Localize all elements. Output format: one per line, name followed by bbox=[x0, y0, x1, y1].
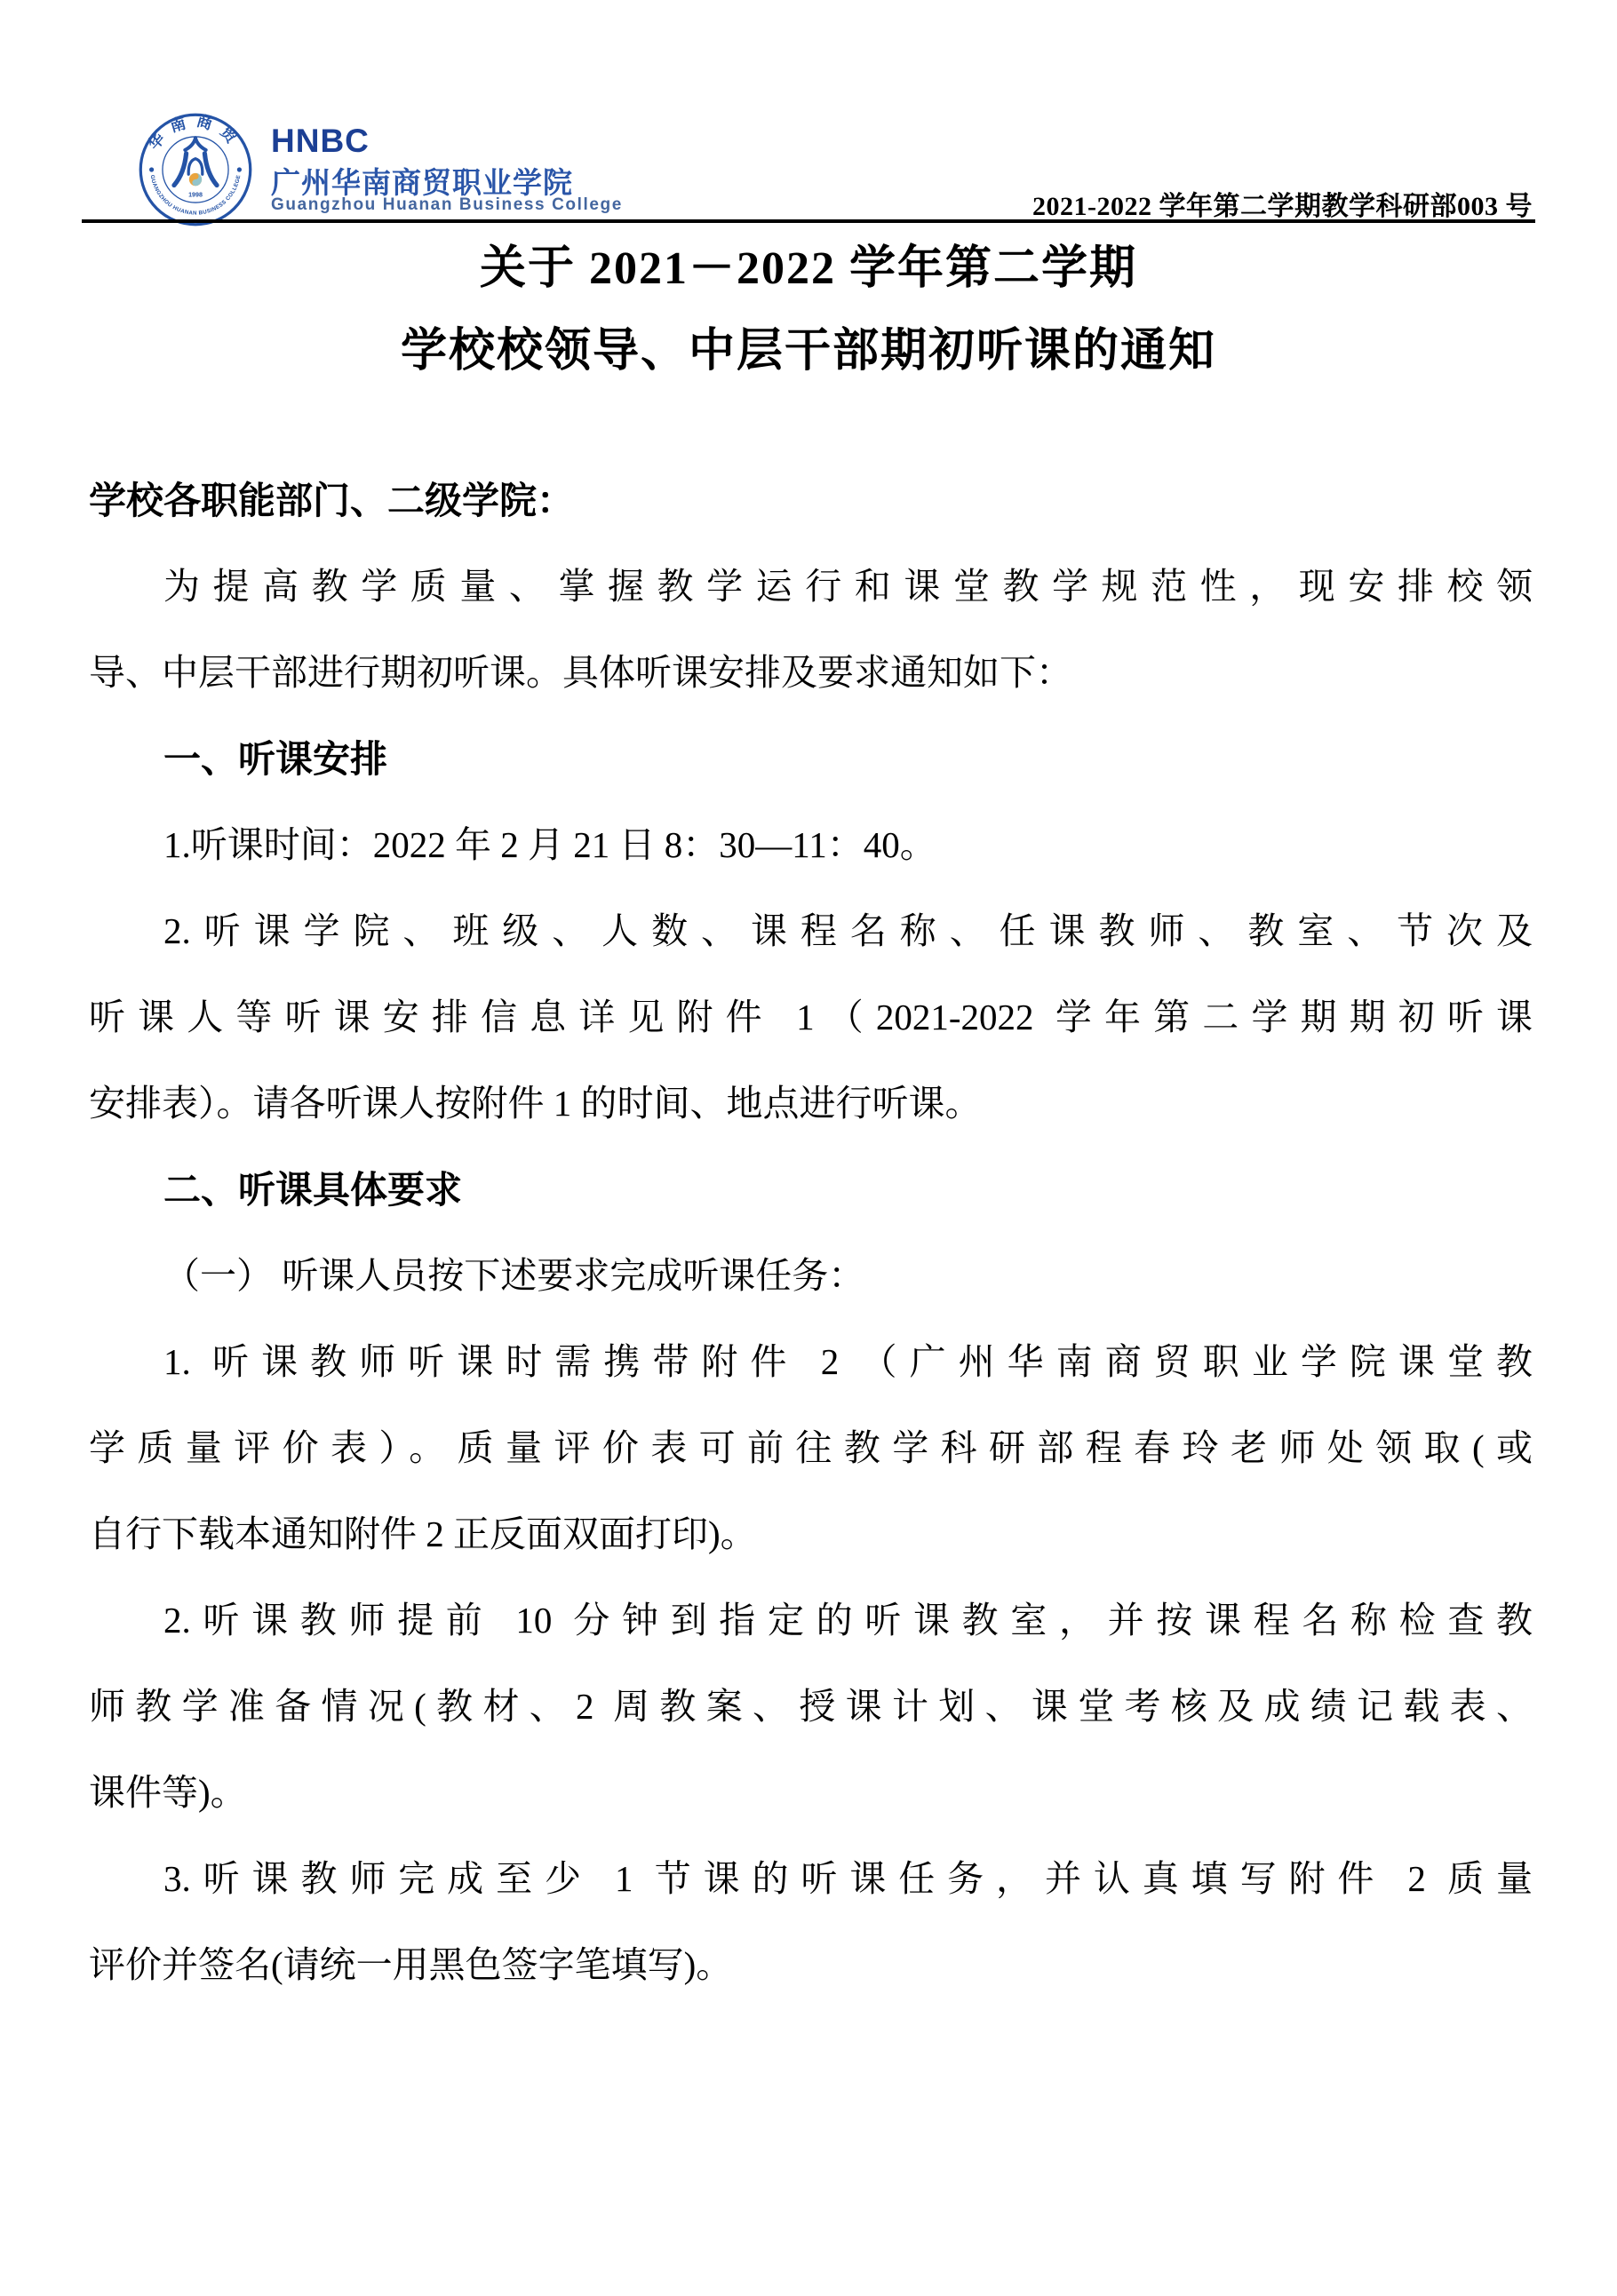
header-rule bbox=[82, 219, 1535, 223]
body-line: 安排表）。请各听课人按附件 1 的时间、地点进行听课。 bbox=[89, 1061, 1533, 1147]
doc-title-line2: 学校校领导、中层干部期初听课的通知 bbox=[0, 310, 1617, 393]
body-line: 评价并签名(请统一用黑色签字笔填写)。 bbox=[89, 1922, 1533, 2008]
school-logo: 华南商贸 GUANGZHOU HUANAN BUSINESS COLLEGE 1… bbox=[138, 112, 760, 229]
body-line: 2.听课学院、班级、人数、课程名称、任课教师、教室、节次及 bbox=[89, 888, 1533, 974]
body-heading-1: 一、听课安排 bbox=[89, 716, 1533, 802]
body-line: 自行下载本通知附件 2 正反面双面打印)。 bbox=[89, 1491, 1533, 1577]
body-line: 听课人等听课安排信息详见附件 1（2021-2022 学年第二学期期初听课 bbox=[89, 974, 1533, 1061]
logo-acronym: HNBC bbox=[271, 123, 370, 160]
document-page: 华南商贸 GUANGZHOU HUANAN BUSINESS COLLEGE 1… bbox=[0, 0, 1617, 2296]
body-line: （一） 听课人员按下述要求完成听课任务： bbox=[89, 1233, 1533, 1319]
body-line: 1. 听课教师听课时需携带附件 2 （广州华南商贸职业学院课堂教 bbox=[89, 1319, 1533, 1405]
body-line: 1.听课时间：2022 年 2 月 21 日 8：30—11：40。 bbox=[89, 802, 1533, 888]
body-line-salutation: 学校各职能部门、二级学院： bbox=[89, 457, 1533, 544]
body-line: 导、中层干部进行期初听课。具体听课安排及要求通知如下： bbox=[89, 630, 1533, 716]
logo-name-en: Guangzhou Huanan Business College bbox=[271, 195, 623, 215]
doc-title-line1: 关于 2021－2022 学年第二学期 bbox=[0, 227, 1617, 310]
school-seal-icon: 华南商贸 GUANGZHOU HUANAN BUSINESS COLLEGE 1… bbox=[138, 112, 253, 227]
issue-number: 2021-2022 学年第二学期教学科研部003 号 bbox=[1032, 184, 1533, 223]
body-line: 3.听课教师完成至少 1 节课的听课任务，并认真填写附件 2 质量 bbox=[89, 1836, 1533, 1922]
body-line: 师教学准备情况(教材、2 周教案、授课计划、课堂考核及成绩记载表、 bbox=[89, 1664, 1533, 1750]
seal-year: 1998 bbox=[188, 192, 203, 199]
body-line: 课件等)。 bbox=[89, 1750, 1533, 1836]
doc-title: 关于 2021－2022 学年第二学期 学校校领导、中层干部期初听课的通知 bbox=[0, 227, 1617, 393]
body-line: 学质量评价表）。质量评价表可前往教学科研部程春玲老师处领取(或 bbox=[89, 1405, 1533, 1491]
doc-body: 学校各职能部门、二级学院： 为提高教学质量、掌握教学运行和课堂教学规范性，现安排… bbox=[89, 457, 1533, 2008]
body-line: 为提高教学质量、掌握教学运行和课堂教学规范性，现安排校领 bbox=[89, 544, 1533, 630]
body-line: 2.听课教师提前 10 分钟到指定的听课教室，并按课程名称检查教 bbox=[89, 1577, 1533, 1664]
body-heading-2: 二、听课具体要求 bbox=[89, 1147, 1533, 1233]
